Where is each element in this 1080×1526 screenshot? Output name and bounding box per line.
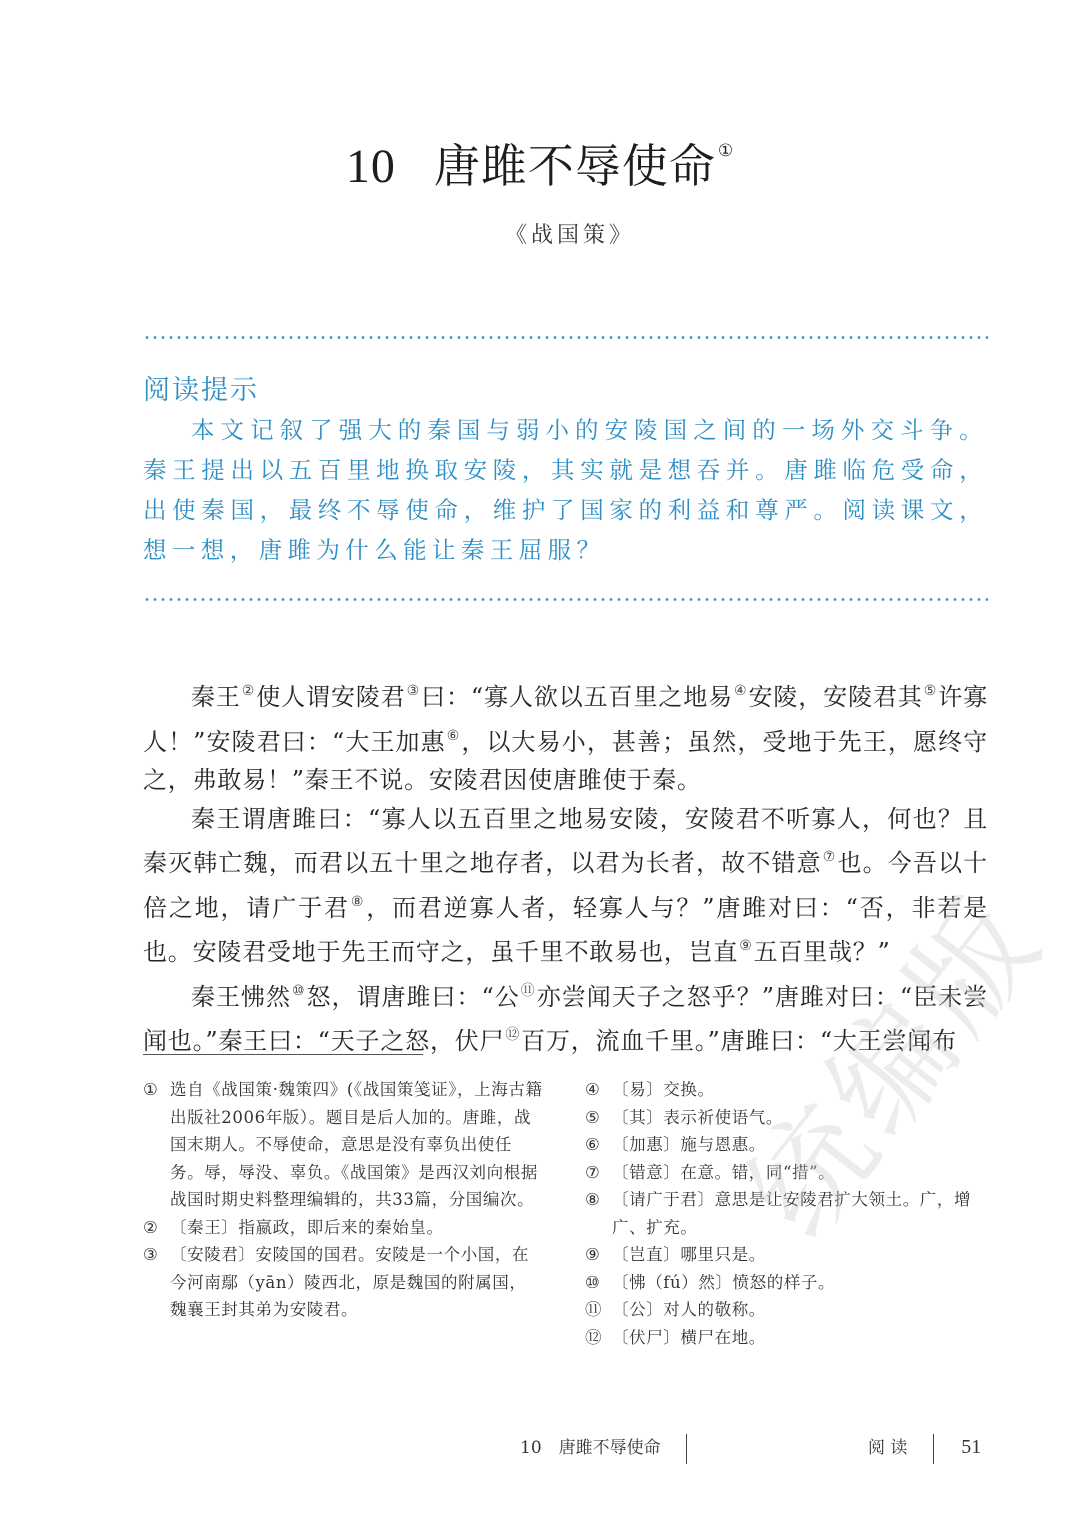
footnote-marker: ⑫ (505, 1027, 520, 1043)
reading-tip-heading: 阅读提示 (143, 368, 259, 407)
footnote-number: ⑤ (585, 1104, 612, 1132)
footnote-number: ① (143, 1076, 170, 1214)
page-number: 51 (961, 1436, 981, 1458)
footnote-marker: ⑪ (521, 983, 536, 999)
reading-tip-bottom-divider (143, 598, 988, 601)
footnote-marker: ③ (407, 683, 420, 699)
footer-lesson-text: 10 唐雎不辱使命 (520, 1438, 661, 1458)
footnote-text: 〔公〕对人的敬称。 (612, 1296, 1005, 1324)
footnote-text: 〔秦王〕指嬴政，即后来的秦始皇。 (170, 1214, 543, 1242)
footnote-number: ⑪ (585, 1296, 612, 1324)
paragraph: 秦王②使人谓安陵君③曰：“寡人欲以五百里之地易④安陵，安陵君其⑤许寡人！”安陵君… (143, 672, 988, 800)
paragraph-text: 使人谓安陵君 (256, 683, 405, 711)
footnote-item: ⑨〔岂直〕哪里只是。 (585, 1241, 1005, 1269)
footnote-number: ⑨ (585, 1241, 612, 1269)
footnote-item: ⑩〔怫（fú）然〕愤怒的样子。 (585, 1269, 1005, 1297)
footnote-marker: ⑥ (447, 728, 461, 744)
footnote-item: ⑫〔伏尸〕横尸在地。 (585, 1324, 1005, 1352)
footnote-marker: ⑩ (292, 983, 306, 999)
footer-divider (686, 1434, 687, 1464)
lesson-title: 10唐雎不辱使命① (0, 130, 1080, 196)
footnote-number: ⑩ (585, 1269, 612, 1297)
footnote-marker: ⑤ (924, 683, 937, 699)
footnote-marker: ② (242, 683, 255, 699)
lesson-title-text: 唐雎不辱使命 (434, 139, 716, 193)
footnote-item: ⑪〔公〕对人的敬称。 (585, 1296, 1005, 1324)
reading-tip-text: 本文记叙了强大的秦国与弱小的安陵国之间的一场外交斗争。秦王提出以五百里地换取安陵… (143, 410, 988, 570)
footnote-number: ⑧ (585, 1186, 612, 1241)
title-footnote-marker: ① (718, 141, 734, 161)
footer-section: 阅 读 51 (868, 1433, 981, 1464)
paragraph-text: 曰：“寡人欲以五百里之地易 (421, 683, 733, 711)
paragraph-text: 秦王怫然 (191, 983, 291, 1011)
lesson-number: 10 (346, 140, 396, 193)
footnote-marker: ⑧ (351, 894, 365, 910)
footer-section-text: 阅 读 (868, 1438, 907, 1458)
footnote-item: ③〔安陵君〕安陵国的国君。安陵是一个小国，在今河南鄢（yān）陵西北，原是魏国的… (143, 1241, 543, 1324)
footer-lesson-label: 10 唐雎不辱使命 (520, 1433, 687, 1464)
footnote-marker: ④ (734, 683, 747, 699)
footnote-number: ③ (143, 1241, 170, 1324)
footnote-text: 〔安陵君〕安陵国的国君。安陵是一个小国，在今河南鄢（yān）陵西北，原是魏国的附… (170, 1241, 543, 1324)
paragraph-text: 怒，谓唐雎曰：“公 (307, 983, 520, 1011)
footnotes-left-column: ①选自《战国策·魏策四》(《战国策笺证》，上海古籍出版社2006年版）。题目是后… (143, 1076, 543, 1324)
footnote-marker: ⑦ (823, 849, 837, 865)
reading-tip-top-divider (143, 336, 988, 339)
footer-divider (933, 1434, 934, 1464)
lesson-source: 《战国策》 (0, 218, 1080, 249)
footnote-number: ⑦ (585, 1159, 612, 1187)
footnote-text: 选自《战国策·魏策四》(《战国策笺证》，上海古籍出版社2006年版）。题目是后人… (170, 1076, 543, 1214)
footnote-number: ② (143, 1214, 170, 1242)
paragraph-text: 安陵，安陵君其 (749, 683, 923, 711)
footnote-text: 〔怫（fú）然〕愤怒的样子。 (612, 1269, 1005, 1297)
paragraph: 秦王谓唐雎曰：“寡人以五百里之地易安陵，安陵君不听寡人，何也？且秦灭韩亡魏，而君… (143, 800, 988, 972)
footnote-number: ④ (585, 1076, 612, 1104)
footnote-marker: ⑨ (739, 938, 752, 954)
footnote-item: ①选自《战国策·魏策四》(《战国策笺证》，上海古籍出版社2006年版）。题目是后… (143, 1076, 543, 1214)
footnote-item: ②〔秦王〕指嬴政，即后来的秦始皇。 (143, 1214, 543, 1242)
paragraph-text: 秦王 (191, 683, 241, 711)
footnote-number: ⑫ (585, 1324, 612, 1352)
footnote-number: ⑥ (585, 1131, 612, 1159)
footnote-divider (143, 1054, 423, 1055)
footnote-text: 〔伏尸〕横尸在地。 (612, 1324, 1005, 1352)
